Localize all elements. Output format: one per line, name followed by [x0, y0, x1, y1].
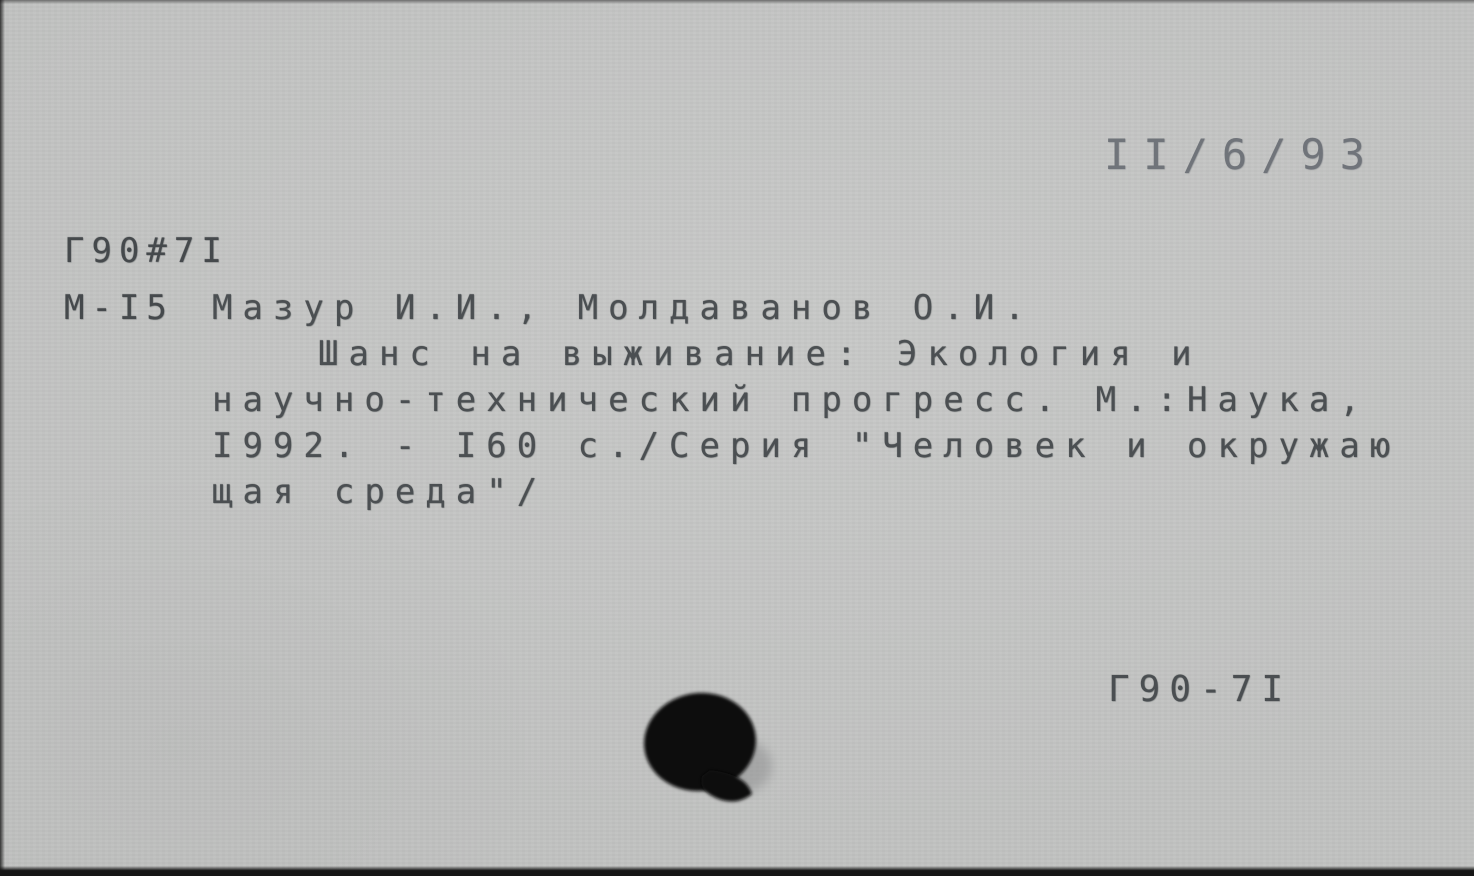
catalog-card: II/6/93 Г90#7I М-I5 Мазур И.И., Молдаван… — [0, 0, 1474, 876]
entry-line-title: Шанс на выживание: Экология и — [212, 331, 1400, 377]
ink-blot-icon — [628, 678, 803, 823]
footer-call-number: Г90-7I — [1108, 668, 1292, 712]
left-scan-edge — [0, 0, 5, 876]
entry-line-series: щая среда"/ — [212, 469, 1400, 515]
bottom-scan-edge — [0, 866, 1474, 876]
entry-line-authors: Мазур И.И., Молдаванов О.И. — [212, 285, 1400, 331]
top-scan-edge — [0, 0, 1474, 4]
accession-number: II/6/93 — [1104, 130, 1379, 180]
entry-line-collation: I992. - I60 с./Серия "Человек и окружаю — [212, 423, 1400, 469]
bibliographic-entry: Мазур И.И., Молдаванов О.И. Шанс на выжи… — [212, 285, 1400, 515]
entry-line-imprint: научно-технический прогресс. М.:Наука, — [212, 377, 1400, 423]
shelf-code: М-I5 — [64, 285, 174, 331]
call-number: Г90#7I — [64, 228, 229, 274]
